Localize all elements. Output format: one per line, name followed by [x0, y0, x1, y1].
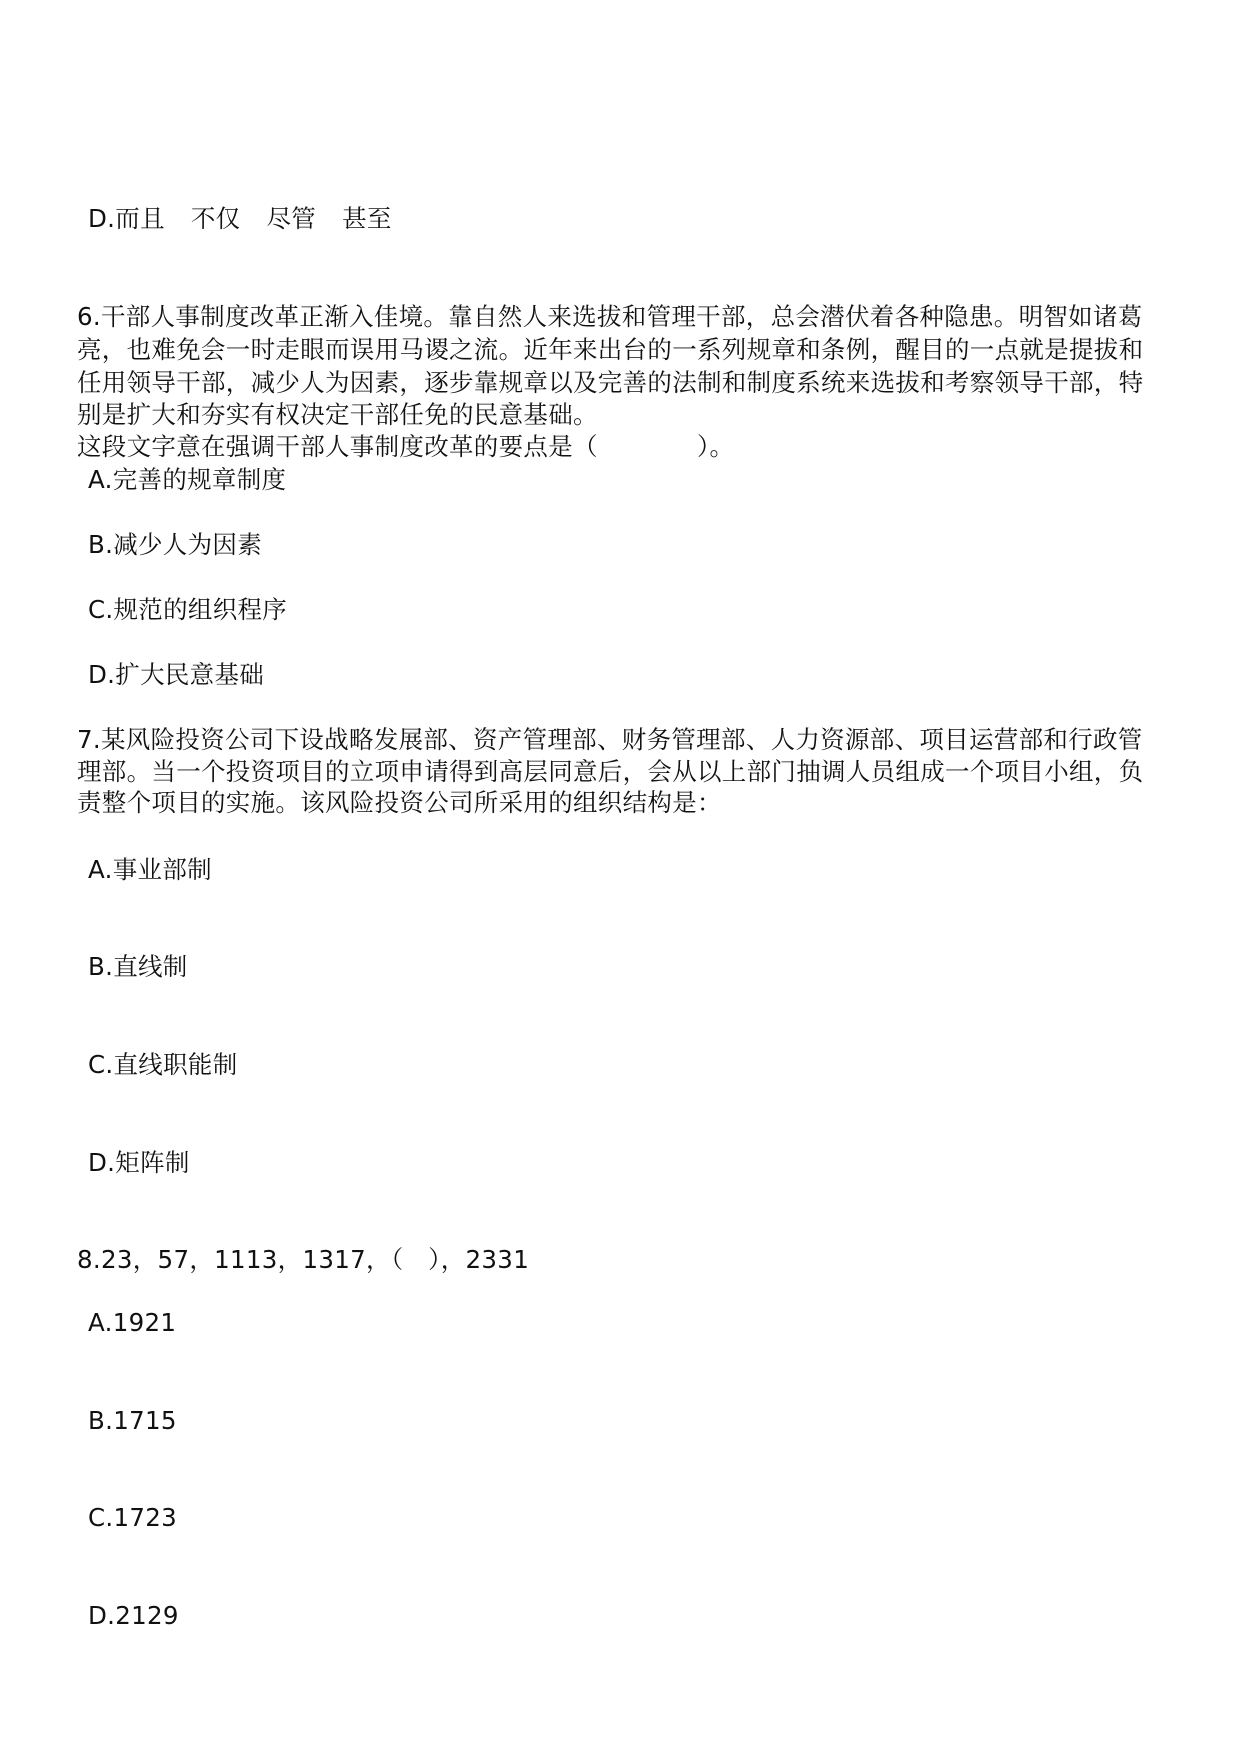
option-text: 1723	[114, 1503, 178, 1532]
option-label: D.	[88, 660, 115, 689]
option-label: C.	[88, 1503, 114, 1532]
question-7-stem-line: 理部。当一个投资项目的立项申请得到高层同意后，会从以上部门抽调人员组成一个项目小…	[77, 756, 1143, 788]
option-label: B.	[88, 952, 113, 981]
option-label: A.	[88, 1308, 113, 1337]
option-text: 矩阵制	[115, 1148, 189, 1177]
question-8-option-c[interactable]: C.1723	[88, 1502, 177, 1534]
option-text: 2129	[115, 1601, 179, 1630]
option-text: 扩大民意基础	[115, 660, 264, 689]
option-part: 不仅	[191, 204, 241, 233]
question-7-stem-line: 责整个项目的实施。该风险投资公司所采用的组织结构是：	[77, 787, 722, 819]
option-part: 而且	[115, 204, 165, 233]
q5-option-d: D.而且不仅尽管甚至	[88, 203, 392, 235]
question-6-stem-line: 亮，也难免会一时走眼而误用马谡之流。近年来出台的一系列规章和条例，醒目的一点就是…	[77, 334, 1143, 366]
question-8-stem: 8.23，57，1113，1317，（ ），2331	[77, 1244, 529, 1276]
option-label: D.	[88, 1148, 115, 1177]
question-8-option-b[interactable]: B.1715	[88, 1405, 177, 1437]
question-6-option-c[interactable]: C.规范的组织程序	[88, 594, 287, 626]
question-7-option-d[interactable]: D.矩阵制	[88, 1147, 190, 1179]
option-text: 1921	[113, 1308, 177, 1337]
option-label: C.	[88, 595, 114, 624]
question-6-stem-line: 别是扩大和夯实有权决定干部任免的民意基础。	[77, 399, 598, 431]
question-6-stem-line: 任用领导干部，减少人为因素，逐步靠规章以及完善的法制和制度系统来选拔和考察领导干…	[77, 367, 1143, 399]
question-7-stem-line: 7.某风险投资公司下设战略发展部、资产管理部、财务管理部、人力资源部、项目运营部…	[77, 724, 1143, 756]
option-text: 事业部制	[113, 855, 212, 884]
option-text: 完善的规章制度	[113, 465, 287, 494]
option-text: 1715	[113, 1406, 177, 1435]
question-6-option-a[interactable]: A.完善的规章制度	[88, 464, 286, 496]
option-text: 规范的组织程序	[114, 595, 288, 624]
question-7-option-a[interactable]: A.事业部制	[88, 854, 212, 886]
option-label: A.	[88, 855, 113, 884]
option-text: 直线职能制	[114, 1050, 238, 1079]
question-7-option-c[interactable]: C.直线职能制	[88, 1049, 238, 1081]
question-6-prompt: 这段文字意在强调干部人事制度改革的要点是（ ）。	[77, 431, 734, 463]
option-part: 甚至	[342, 204, 392, 233]
question-6-option-b[interactable]: B.减少人为因素	[88, 529, 262, 561]
option-label: D.	[88, 1601, 115, 1630]
option-part: 尽管	[266, 204, 316, 233]
option-label: B.	[88, 530, 113, 559]
question-7-option-b[interactable]: B.直线制	[88, 951, 188, 983]
option-label: D.	[88, 204, 115, 233]
option-text: 减少人为因素	[113, 530, 262, 559]
option-text: 直线制	[113, 952, 187, 981]
option-label: A.	[88, 465, 113, 494]
option-label: C.	[88, 1050, 114, 1079]
question-8-option-a[interactable]: A.1921	[88, 1307, 176, 1339]
question-8-option-d[interactable]: D.2129	[88, 1600, 179, 1632]
question-6-option-d[interactable]: D.扩大民意基础	[88, 659, 264, 691]
question-6-stem-line: 6.干部人事制度改革正渐入佳境。靠自然人来选拔和管理干部，总会潜伏着各种隐患。明…	[77, 301, 1143, 333]
option-label: B.	[88, 1406, 113, 1435]
